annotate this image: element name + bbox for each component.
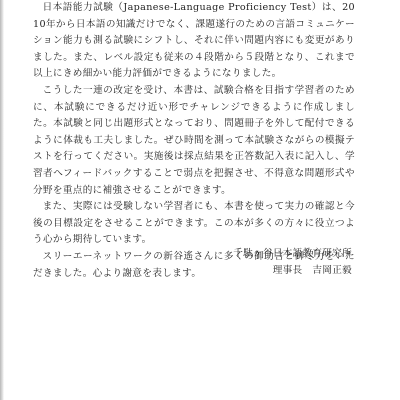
signature-organization: 千駄ヶ谷日本語教育研究所 [233, 245, 352, 262]
signature-title: 理事長 [273, 265, 303, 276]
signature-name: 吉岡正毅 [312, 265, 352, 276]
preface-body: 日本語能力試験（Japanese-Language Proficiency Te… [33, 0, 355, 282]
signature-person: 理事長吉岡正毅 [233, 262, 352, 279]
signature-block: 千駄ヶ谷日本語教育研究所 理事長吉岡正毅 [233, 245, 352, 279]
page-edge-shadow [0, 0, 4, 400]
document-page: 日本語能力試験（Japanese-Language Proficiency Te… [0, 0, 400, 400]
paragraph-intro: 日本語能力試験（Japanese-Language Proficiency Te… [33, 0, 355, 83]
paragraph-purpose: こうした一連の改定を受け、本書は、試験合格を目指す学習者のために、本試験にできる… [33, 83, 355, 199]
paragraph-usage: また、実際には受験しない学習者にも、本書を使って実力の確認と今後の目標設定をさせ… [33, 199, 355, 249]
